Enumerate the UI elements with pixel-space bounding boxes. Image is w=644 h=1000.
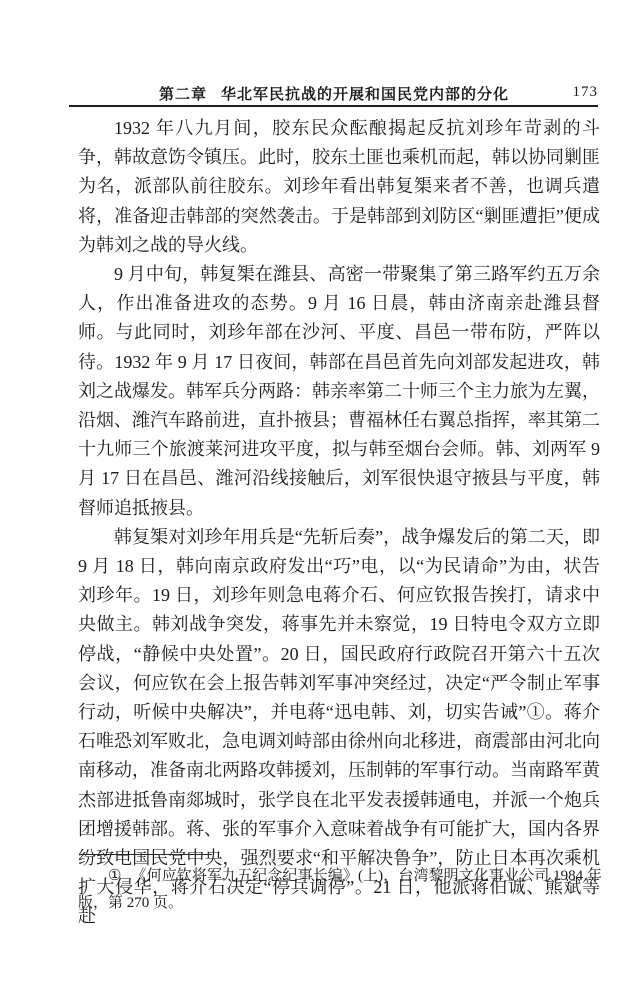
running-head: 第二章华北军民抗战的开展和国民党内部的分化	[70, 83, 598, 104]
book-page: 第二章华北军民抗战的开展和国民党内部的分化 173 1932 年八九月间，胶东民…	[0, 0, 644, 1000]
body-text: 1932 年八九月间，胶东民众酝酿揭起反抗刘珍年苛剥的斗争，韩故意饬令镇压。此时…	[78, 114, 600, 932]
paragraph: 9 月中旬，韩复榘在潍县、高密一带聚集了第三路军约五万余人，作出准备进攻的态势。…	[78, 260, 600, 523]
footnote-separator	[80, 854, 212, 855]
paragraph: 1932 年八九月间，胶东民众酝酿揭起反抗刘珍年苛剥的斗争，韩故意饬令镇压。此时…	[78, 114, 600, 260]
footnote-text: 《何应钦将军九五纪念纪事长编》(上)，台湾黎明文化事业公司 1984 年版，第 …	[78, 868, 602, 911]
chapter-label: 第二章	[159, 86, 207, 103]
chapter-title: 华北军民抗战的开展和国民党内部的分化	[221, 86, 509, 103]
footnote-marker: ①	[108, 868, 122, 884]
footnote-entry: ①《何应钦将军九五纪念纪事长编》(上)，台湾黎明文化事业公司 1984 年版，第…	[78, 863, 602, 917]
page-number: 173	[573, 84, 599, 101]
footnote: ①《何应钦将军九五纪念纪事长编》(上)，台湾黎明文化事业公司 1984 年版，第…	[78, 863, 602, 917]
header-rule	[69, 105, 598, 107]
